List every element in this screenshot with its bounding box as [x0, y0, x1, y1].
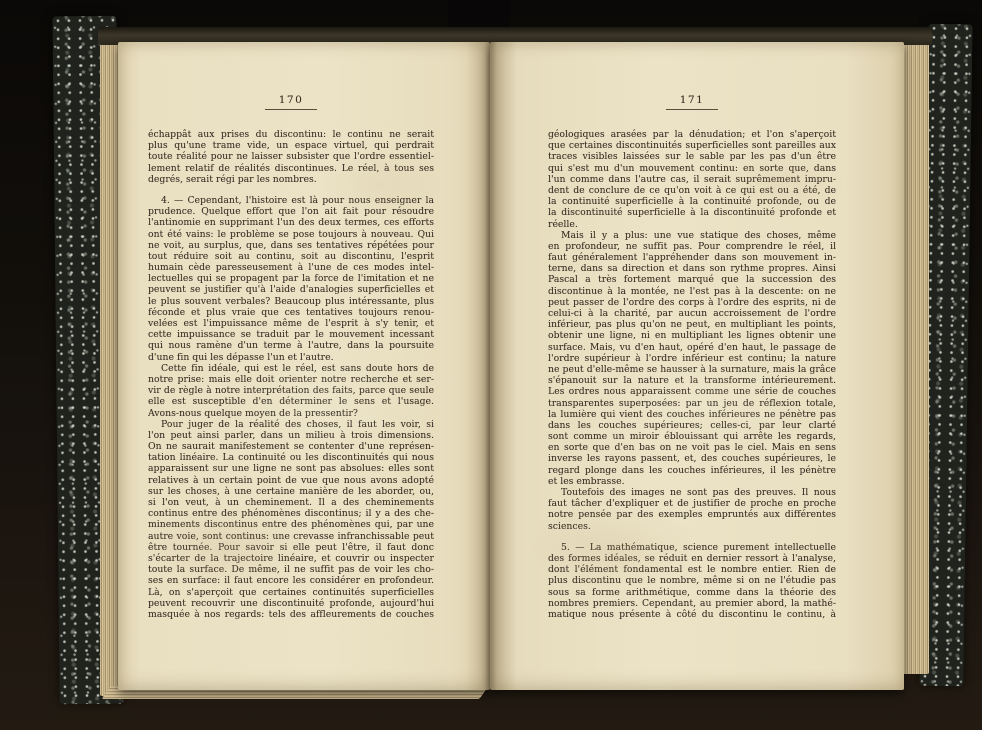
text-line: échappât aux prises du discontinu: le co… — [148, 129, 434, 140]
text-line: ses en surface: il faut encore les consi… — [148, 575, 434, 586]
paragraph: Mais il y a plus: une vue statique des c… — [548, 230, 836, 487]
text-line: plus discontinu que le nombre, même si o… — [548, 575, 836, 586]
text-line: faut généralement l'appréhender dans son… — [548, 252, 836, 263]
text-column-left: 170 échappât aux prises du discontinu: l… — [148, 88, 434, 620]
text-line: autre voie, sont continus: une crevasse … — [148, 531, 434, 542]
paragraph: 4. — Cependant, l'histoire est là pour n… — [148, 195, 434, 363]
text-line: apparaissent sur une ligne ne sont pas a… — [148, 463, 434, 474]
text-line: réelle. — [548, 219, 836, 230]
text-line: humain cède paresseusement à l'une de ce… — [148, 262, 434, 273]
text-line: terne, dans sa direction et dans son ryt… — [548, 263, 836, 274]
text-line: traces visibles laissées sur le sable pa… — [548, 151, 836, 162]
text-line: ne peut d'elle-même se hausser à la surn… — [548, 364, 836, 375]
text-column-right: 171 géologiques arasées par la dénudatio… — [548, 88, 836, 620]
text-line: peuvent recouvrir une discontinuité prof… — [148, 598, 434, 609]
text-line: lement relatif de réalités discontinues.… — [148, 163, 434, 174]
text-line: d'une fin qui les dépasse l'un et l'autr… — [148, 352, 434, 363]
text-line: inverse les rayons passent, et, des couc… — [548, 453, 836, 464]
paragraph: échappât aux prises du discontinu: le co… — [148, 129, 434, 185]
text-line: prudence. Quelque effort que l'on ait fa… — [148, 206, 434, 217]
paragraph: 5. — La mathématique, science purement i… — [548, 542, 836, 620]
text-line: transparentes superposées: par un jeu de… — [548, 398, 836, 409]
text-line: la lumière qui vient des couches inférie… — [548, 409, 836, 420]
text-line: que certaines discontinuités superficiel… — [548, 140, 836, 151]
text-line: être tournée. Pour savoir si elle peut l… — [148, 542, 434, 553]
right-page: 171 géologiques arasées par la dénudatio… — [490, 42, 904, 690]
page-number-right: 171 — [666, 94, 719, 110]
text-line: l'un comme dans l'autre cas, il serait s… — [548, 174, 836, 185]
paragraph: Toutefois des images ne sont pas des pre… — [548, 487, 836, 532]
text-line: continus entre des phénomènes discontinu… — [148, 508, 434, 519]
text-line: toute réalité pour ne laisser subsister … — [148, 151, 434, 162]
text-line: géologiques arasées par la dénudation; e… — [548, 129, 836, 140]
text-line: Cette fin idéale, qui est le réel, est s… — [148, 363, 434, 374]
left-page: 170 échappât aux prises du discontinu: l… — [118, 42, 490, 690]
text-line: Les ordres nous apparaissent comme une s… — [548, 386, 836, 397]
text-line: Toutefois des images ne sont pas des pre… — [548, 487, 836, 498]
text-line: obtenir une ligne, ni en multipliant les… — [548, 330, 836, 341]
text-line: celui-ci à la charité, par aucun accrois… — [548, 308, 836, 319]
text-line: dent de conclure de ce qu'on voit à ce q… — [548, 185, 836, 196]
text-line: sciences. — [548, 521, 836, 532]
page-edge-stack-right — [902, 32, 929, 674]
text-line: en profondeur, ne suffit pas. Pour compr… — [548, 241, 836, 252]
text-line: vir de règle à notre interprétation des … — [148, 385, 434, 396]
text-line: 5. — La mathématique, science purement i… — [548, 542, 836, 553]
text-line: Là, on s'aperçoit que certaines continui… — [148, 587, 434, 598]
text-line: peuvent se justifier qu'à l'aide d'analo… — [148, 284, 434, 295]
paragraph: géologiques arasées par la dénudation; e… — [548, 129, 836, 230]
text-line: velées est l'impuissance même de l'espri… — [148, 318, 434, 329]
text-line: dont l'élément fondamental est le nombre… — [548, 564, 836, 575]
text-line: ne voit, au surplus, que, dans ses tenta… — [148, 240, 434, 251]
text-line: elle est susceptible d'en déterminer le … — [148, 396, 434, 407]
text-line: si l'on veut, à un cheminement. Il a des… — [148, 497, 434, 508]
paragraph: Cette fin idéale, qui est le réel, est s… — [148, 363, 434, 419]
page-header-left: 170 — [148, 88, 434, 110]
text-line: 4. — Cependant, l'histoire est là pour n… — [148, 195, 434, 206]
text-line: On ne saurait manifestement se contenter… — [148, 441, 434, 452]
text-line: Mais il y a plus: une vue statique des c… — [548, 230, 836, 241]
text-line: discontinue à la montée, ne l'est pas à … — [548, 286, 836, 297]
text-line: des formes idéales, se réduit en dernier… — [548, 553, 836, 564]
text-line: Pour juger de la réalité des choses, il … — [148, 419, 434, 430]
text-line: inférieur, pas plus qu'on ne peut, en mu… — [548, 319, 836, 330]
text-line: degrés, serait régi par les nombres. — [148, 174, 434, 185]
text-line: relatives à un certain point de vue que … — [148, 475, 434, 486]
text-line: Avons-nous quelque moyen de la pressenti… — [148, 408, 434, 419]
text-line: regard plonge dans les couches inférieur… — [548, 465, 836, 476]
text-line: le plus souvent verbales? Beaucoup plus … — [148, 296, 434, 307]
text-line: sous sa forme arithmétique, comme dans l… — [548, 587, 836, 598]
text-line: tout réduire soit au continu, soit au di… — [148, 251, 434, 262]
text-line: toute la surface. De même, il ne suffit … — [148, 564, 434, 575]
text-line: féconde et plus vraie que ces tentatives… — [148, 307, 434, 318]
text-line: dans les couches supérieures; celles-ci,… — [548, 420, 836, 431]
text-line: l'antinomie en supprimant l'un des deux … — [148, 217, 434, 228]
text-line: plus qu'une trame vide, un espace virtue… — [148, 140, 434, 151]
book-photo-scene: 170 échappât aux prises du discontinu: l… — [0, 0, 982, 730]
text-line: masquée à nos regards: tels des affleure… — [148, 609, 434, 620]
text-line: la discontinuité superficielle à la disc… — [548, 207, 836, 218]
text-line: surface. Mais, vu d'en haut, opéré d'en … — [548, 342, 836, 353]
text-line: sont comme un miroir éblouissant qui arr… — [548, 431, 836, 442]
text-line: en sorte que d'en bas on ne voit pas le … — [548, 442, 836, 453]
text-line: matique nous présente à côté du disconti… — [548, 609, 836, 620]
text-line: qui s'est mu d'un mouvement continu: en … — [548, 163, 836, 174]
text-line: ont été vains: le problème se pose toujo… — [148, 229, 434, 240]
text-line: et les embrasse. — [548, 476, 836, 487]
text-line: la continuité superficielle à la continu… — [548, 196, 836, 207]
text-line: minements discontinus entre des phénomèn… — [148, 519, 434, 530]
page-header-right: 171 — [548, 88, 836, 110]
text-line: tation linéaire. La continuité ou les di… — [148, 452, 434, 463]
text-line: peut passer de l'ordre des corps à l'ord… — [548, 297, 836, 308]
paragraph: Pour juger de la réalité des choses, il … — [148, 419, 434, 620]
text-line: qui nous ramène d'un terme à l'autre, da… — [148, 340, 434, 351]
text-line: cette impuissance se traduit par le mouv… — [148, 329, 434, 340]
text-line: l'on peut ainsi parler, dans un milieu à… — [148, 430, 434, 441]
text-line: s'écarter de la trajectoire linéaire, et… — [148, 553, 434, 564]
text-line: notre pensée par des exemples empruntés … — [548, 509, 836, 520]
text-line: notre prise: mais elle doit orienter not… — [148, 374, 434, 385]
text-line: lectuelles qui se propagent par la force… — [148, 273, 434, 284]
text-line: l'ordre supérieur à l'ordre inférieur es… — [548, 353, 836, 364]
text-line: sur les choses, à une certaine manière d… — [148, 486, 434, 497]
text-line: s'épanouit sur la nature et la transform… — [548, 375, 836, 386]
text-line: nombres premiers. Cependant, au premier … — [548, 598, 836, 609]
text-line: Pascal a très fortement marqué que la su… — [548, 274, 836, 285]
page-number-left: 170 — [265, 94, 318, 110]
text-line: faut tâcher d'expliquer et de justifier … — [548, 498, 836, 509]
